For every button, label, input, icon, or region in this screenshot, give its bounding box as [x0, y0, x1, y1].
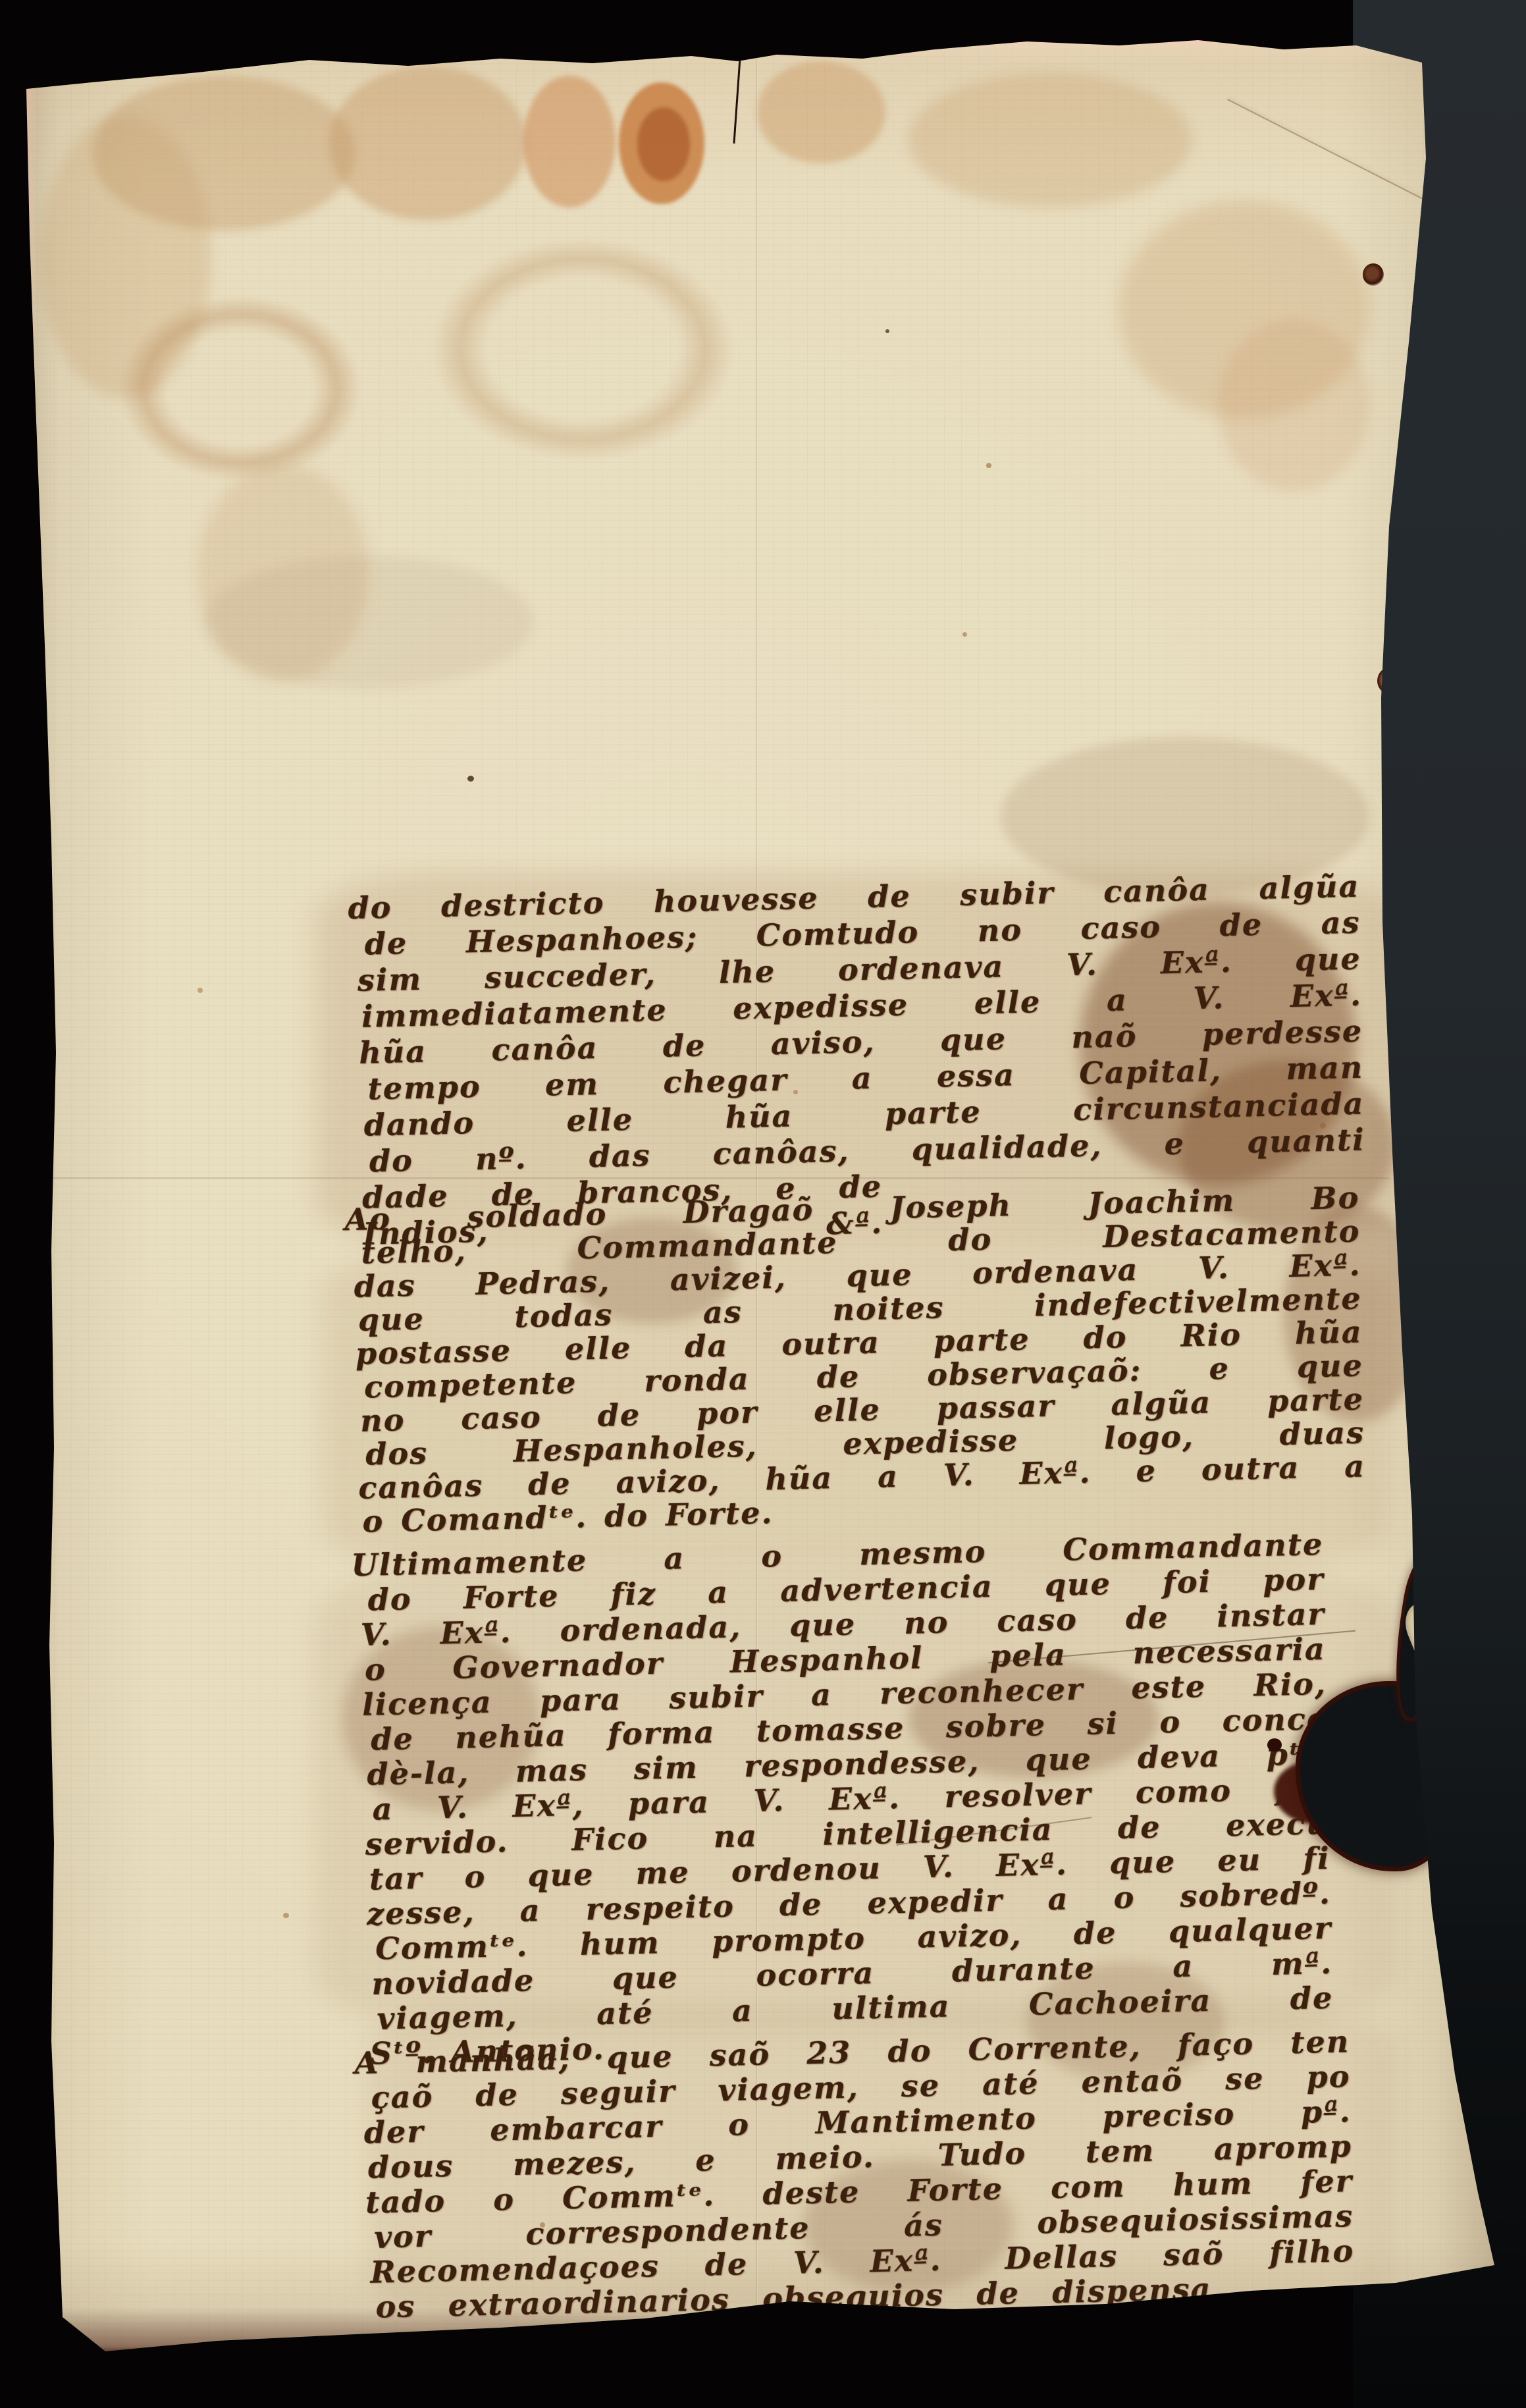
foxing-speck [885, 329, 889, 333]
singe-edge-bottom [20, 2301, 1498, 2361]
water-stain-orange-core [637, 107, 690, 181]
water-stain-ring [408, 221, 757, 477]
edge-highlight-left [20, 36, 37, 2361]
foxing-speck [986, 463, 991, 468]
burn-spot [1363, 263, 1384, 286]
water-stain [908, 72, 1192, 207]
manuscript-paragraph: Ao soldado Dragaõ Joseph Joachim Bo telh… [352, 1181, 1367, 1539]
ink-blot [1267, 1738, 1282, 1752]
photograph-frame: do destricto houvesse de subir canôa alg… [0, 0, 1526, 2408]
water-stain [523, 76, 616, 207]
manuscript-page: do destricto houvesse de subir canôa alg… [20, 36, 1498, 2361]
manuscript-paragraph: A manhãa, que saõ 23 do Corrente, faço t… [362, 2024, 1355, 2325]
water-stain [329, 66, 527, 221]
foxing-speck [467, 776, 474, 782]
edge-highlight-top [20, 36, 1498, 76]
foxing-speck [962, 632, 967, 637]
water-stain [757, 61, 885, 163]
bleedthrough-ghost [204, 556, 533, 688]
manuscript-paragraph: Ultimamente a o mesmo Commandante do For… [359, 1527, 1334, 2072]
water-stain [1218, 319, 1369, 491]
water-stain-ring [99, 280, 382, 497]
foxing-speck [197, 988, 203, 993]
foxing-speck [283, 1913, 289, 1918]
